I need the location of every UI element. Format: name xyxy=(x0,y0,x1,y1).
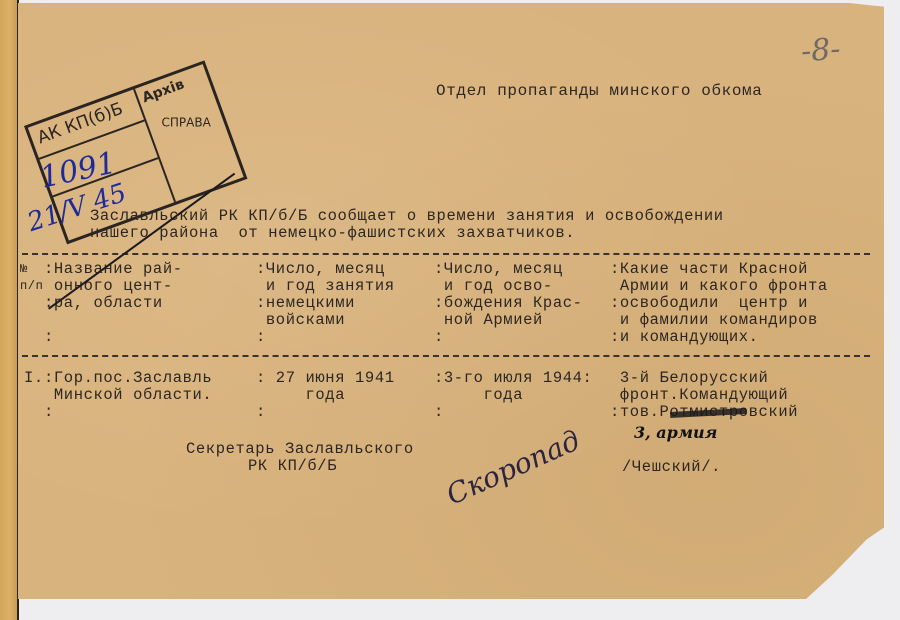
header-line: : xyxy=(434,329,444,346)
row-occupied-3: : xyxy=(256,404,266,421)
intro-line-2: нашего района от немецко-фашистских захв… xyxy=(90,225,575,242)
row-number: I. xyxy=(24,370,44,387)
header-line: :Число, месяц xyxy=(434,261,563,278)
stamp-case-label: СПРАВА xyxy=(162,115,211,129)
row-place-1: :Гор.пос.Заславль xyxy=(44,370,212,387)
handwritten-correction: 3, армия xyxy=(634,423,717,442)
header-line: :бождения Крас- xyxy=(434,295,583,312)
header-line: :Название рай- xyxy=(44,261,183,278)
col-num-header-2: п/п xyxy=(20,278,43,295)
row-place-3: : xyxy=(44,404,54,421)
handwritten-commander: /Чешский/. xyxy=(622,459,721,476)
row-occupied-2: года xyxy=(256,387,345,404)
signature-title-1: Секретарь Заславльского xyxy=(186,441,414,458)
header-line: : xyxy=(44,329,54,346)
header-line: и год занятия xyxy=(256,278,395,295)
header-line: :Какие части Красной xyxy=(610,261,808,278)
header-line: и фамилии командиров xyxy=(610,312,818,329)
header-line: и год осво- xyxy=(434,278,553,295)
header-line: ной Армией xyxy=(434,312,543,329)
header-line: :и командующих. xyxy=(610,329,759,346)
stamp-divider xyxy=(133,89,176,202)
document-page: -8- Отдел пропаганды минского обкома АК … xyxy=(18,3,884,599)
row-liberated-1: :3-го июля 1944: xyxy=(434,370,592,387)
row-units-1: 3-й Белорусский xyxy=(610,370,768,387)
binder-strip xyxy=(0,0,19,620)
row-units-2: фронт.Командующий xyxy=(610,387,788,404)
stamp-fund: АК КП(б)Б xyxy=(35,99,126,148)
document-header: Отдел пропаганды минского обкома xyxy=(436,83,762,100)
header-line: :освободили центр и xyxy=(610,295,808,312)
col-num-header-1: № xyxy=(20,261,28,278)
signature-title-2: РК КП/б/Б xyxy=(248,458,337,475)
header-line: : xyxy=(256,329,266,346)
row-occupied-1: : 27 июня 1941 xyxy=(256,370,395,387)
row-place-2: Минской области. xyxy=(44,387,212,404)
row-liberated-2: года xyxy=(434,387,523,404)
header-line: войсками xyxy=(256,312,345,329)
header-line: Армии и какого фронта xyxy=(610,278,828,295)
table-header-rule xyxy=(22,355,870,357)
header-line: :немецкими xyxy=(256,295,355,312)
stamp-archive-label: Архів xyxy=(140,76,186,106)
page-number: -8- xyxy=(799,32,841,70)
table-top-rule xyxy=(22,253,870,255)
row-liberated-3: : xyxy=(434,404,444,421)
header-line: онного цент- xyxy=(44,278,173,295)
header-line: :Число, месяц xyxy=(256,261,385,278)
signature: Скоропад xyxy=(441,423,584,511)
